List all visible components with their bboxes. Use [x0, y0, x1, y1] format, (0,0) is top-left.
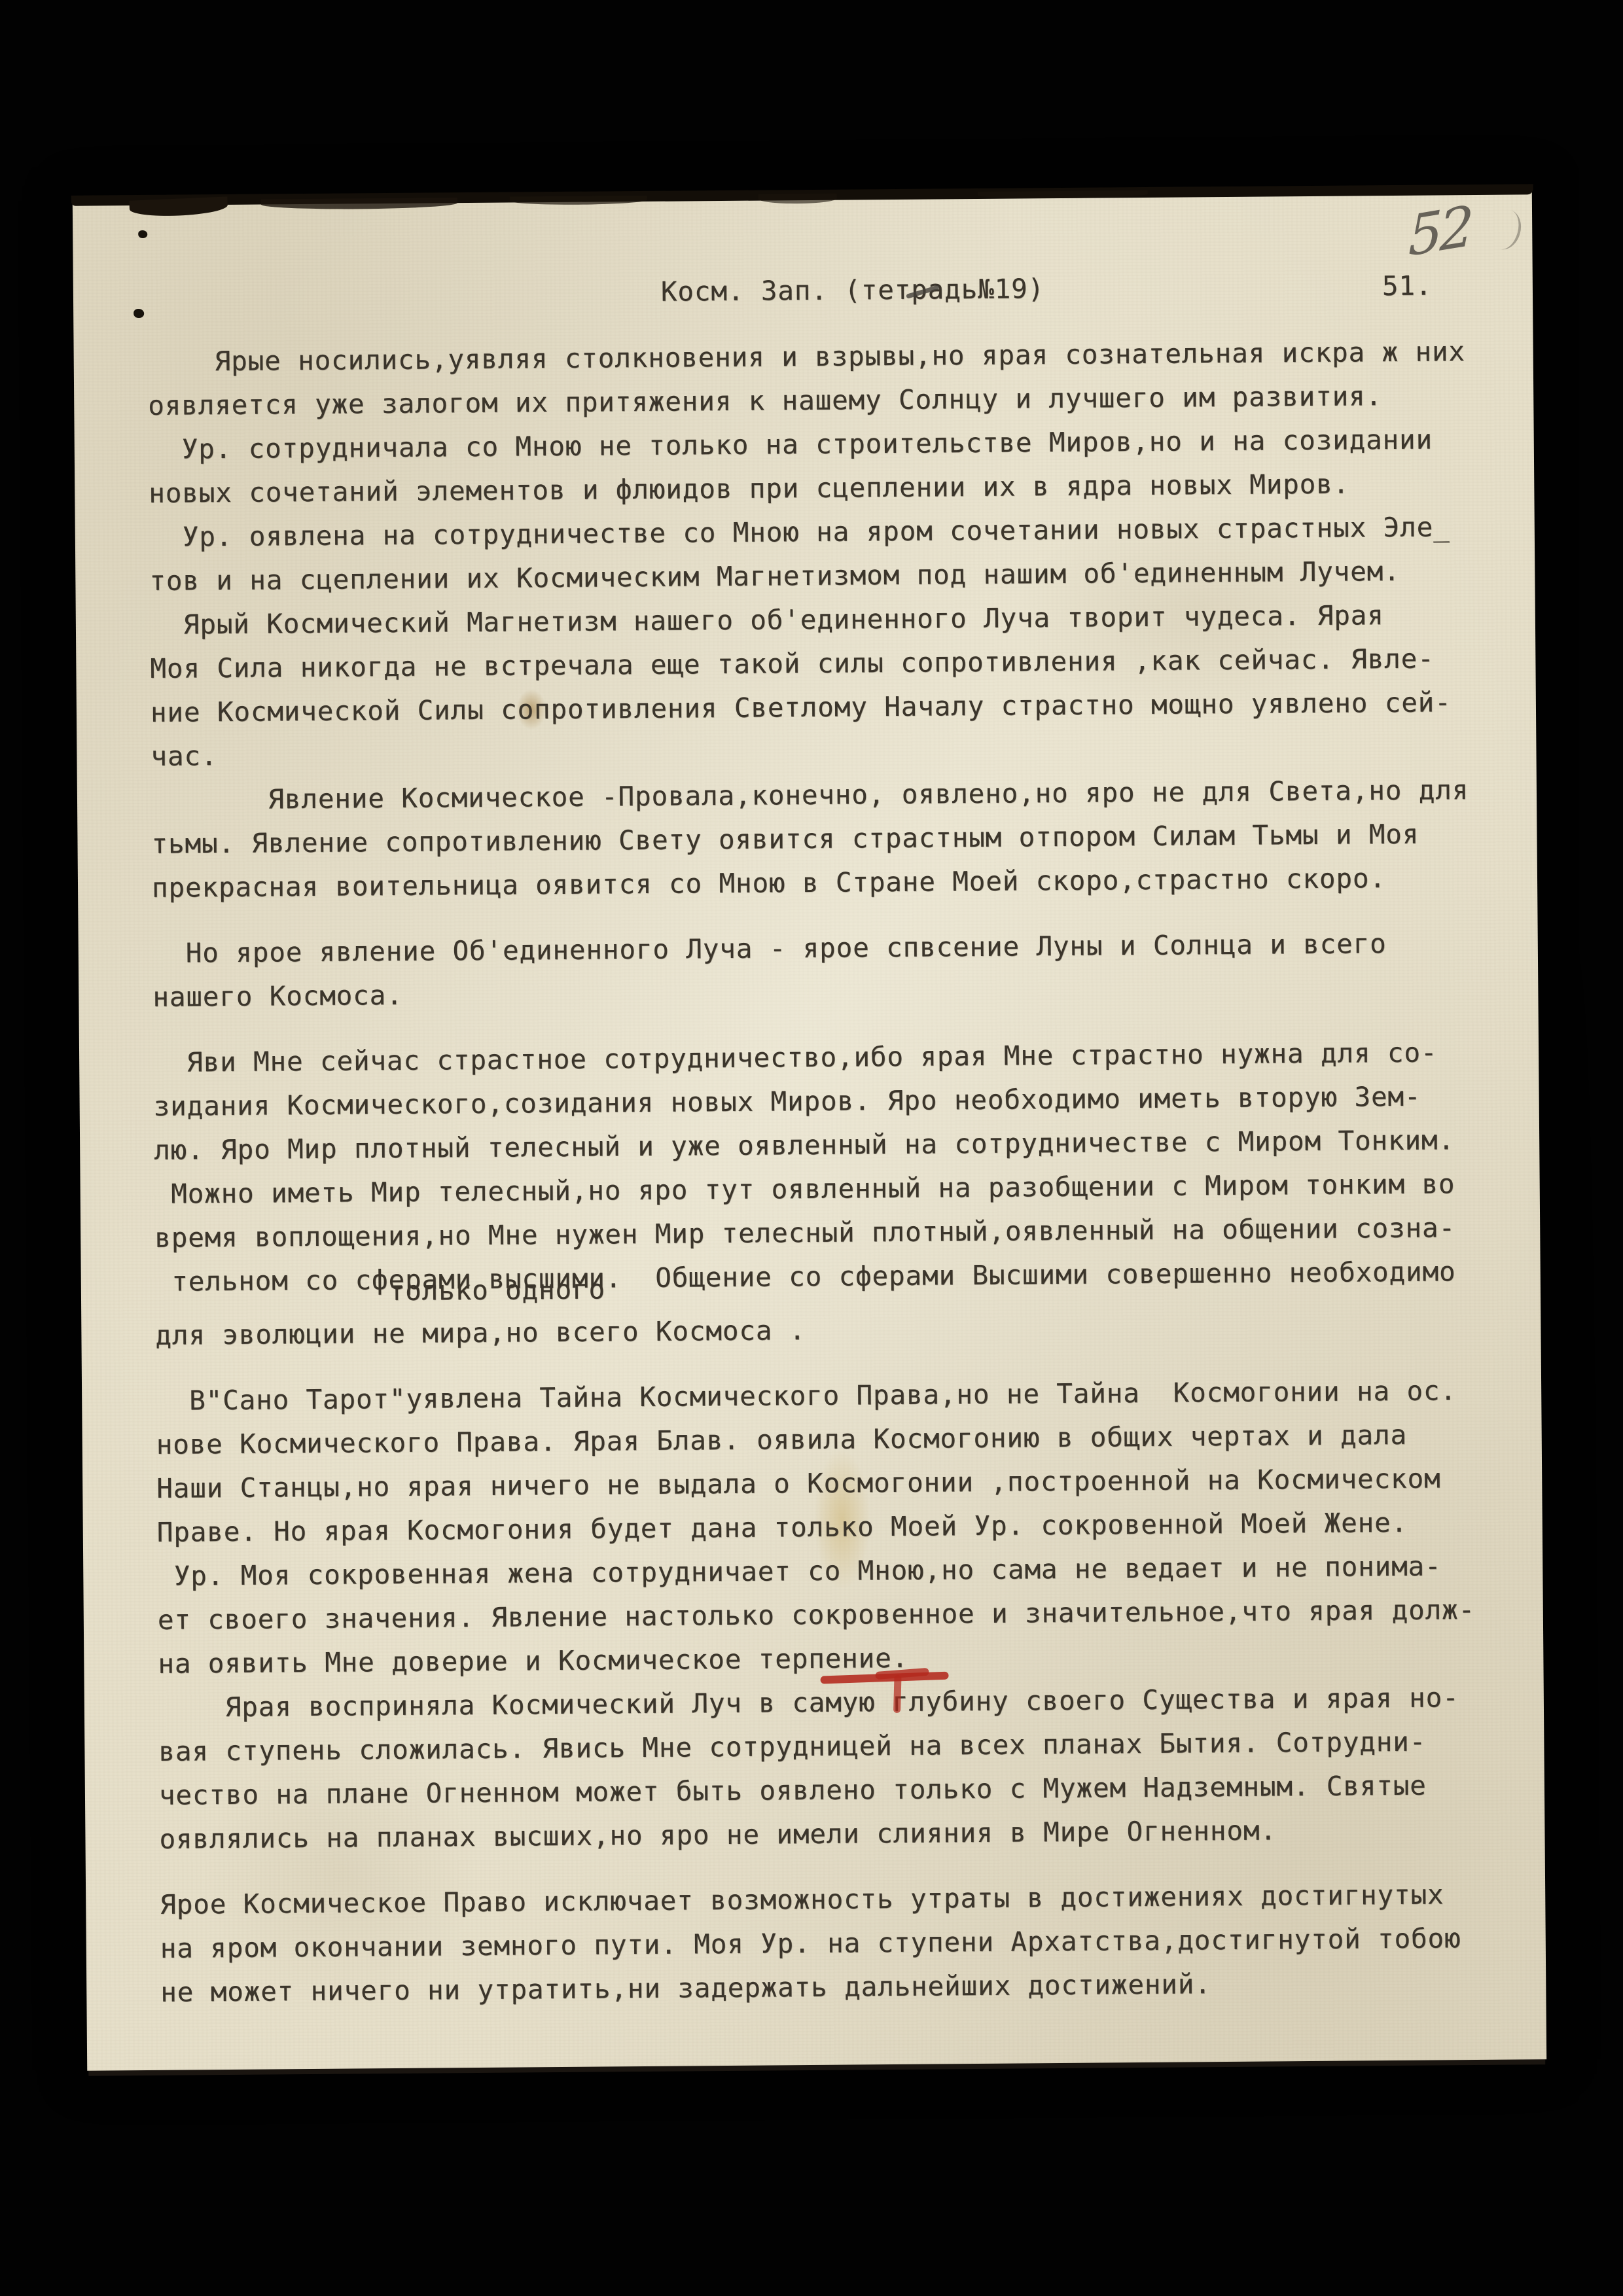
torn-edge-blob [510, 196, 647, 205]
document-page: 52 Косм. Зап. (тетрадь№19) 51. Ярые носи… [73, 189, 1546, 2070]
typed-line-text: время воплощения,но Мне нужен Мир телесн… [154, 1212, 1455, 1254]
typed-line-text: нове Космического Права. Ярая Блав. ояви… [156, 1419, 1408, 1460]
typed-line-text: тьмы. Явление сопротивлению Свету оявитс… [151, 819, 1419, 860]
typed-line-text: час. [151, 740, 217, 772]
typed-line-text: Но ярое явление Об'единенного Луча - яро… [152, 928, 1387, 969]
typed-line-text: только одного [155, 1273, 605, 1308]
typed-text: Ярые носились,уявляя столкновения и взры… [147, 329, 1541, 2014]
torn-edge-blob [130, 196, 228, 217]
typed-line-text: не может ничего ни утратить,ни задержать… [160, 1968, 1211, 2008]
typed-line-text: ет своего значения. Явление настолько со… [158, 1594, 1476, 1636]
handwritten-page-number: 52 [1408, 194, 1471, 269]
typed-line-text: нашего Космоса. [152, 980, 403, 1013]
typed-line-text: Ярое Космическое Право исключает возможн… [160, 1879, 1444, 1920]
typed-line-text: В"Сано Тарот"уявлена Тайна Космического … [156, 1375, 1457, 1417]
scan-background: { "document": { "handwritten_page_number… [0, 0, 1623, 2296]
typed-line-text: Ярая восприняла Космический Луч в самую … [158, 1682, 1459, 1723]
typed-line-text: Ур. оявлена на сотрудничестве со Мною на… [149, 511, 1450, 553]
typed-line-text: на яром окончании земного пути. Моя Ур. … [160, 1922, 1461, 1964]
typed-line-text: Можно иметь Мир телесный,но яро тут оявл… [154, 1168, 1455, 1210]
typed-line-text: тов и на сцеплении их Космическим Магнет… [149, 556, 1400, 597]
ink-speck [138, 230, 147, 238]
torn-edge-blob [261, 198, 457, 209]
typed-line-text: Наши Станцы,но ярая ничего не выдала о К… [156, 1462, 1441, 1504]
typed-line-text: для эволюции не мира,но всего Космоса . [155, 1315, 806, 1351]
typed-line-text: оявляется уже залогом их притяжения к на… [148, 380, 1382, 421]
typed-line-text: Моя Сила никогда не встречала еще такой … [150, 643, 1435, 684]
typed-line-text: оявлялись на планах высших,но яро не име… [159, 1814, 1277, 1854]
typed-line-text: лю. Яро Мир плотный телесный и уже оявле… [154, 1124, 1455, 1166]
typed-line-text: зидания Космического,созидания новых Мир… [153, 1081, 1421, 1122]
typed-line-text: на оявить Мне доверие и Космическое терп… [158, 1642, 908, 1680]
typed-line-text: Явление Космическое -Провала,конечно, оя… [151, 774, 1469, 816]
torn-edge-blob [978, 190, 1148, 199]
typed-line-text: Яви Мне сейчас страстное сотрудничество,… [153, 1036, 1438, 1078]
handwriting-curl-mark [1493, 208, 1525, 253]
typed-line-text: прекрасная воительница оявится со Мною в… [152, 862, 1386, 904]
typed-line-text: вая ступень сложилась. Явись Мне сотрудн… [158, 1726, 1426, 1767]
typed-line-text: ние Космической Силы сопротивления Светл… [151, 686, 1452, 728]
typed-line-text: новых сочетаний элементов и флюидов при … [149, 468, 1349, 508]
typed-line-text: Ур. сотрудничала со Мною не только на ст… [149, 423, 1433, 465]
header-title: Косм. Зап. (тетрадь№19) [661, 273, 1044, 308]
torn-edge-blob [758, 194, 837, 204]
red-pencil-stem-mark [893, 1675, 902, 1713]
typed-line-text: Ярые носились,уявляя столкновения и взры… [148, 336, 1466, 378]
typed-line-text: Ур. Моя сокровенная жена сотрудничает со… [157, 1550, 1442, 1591]
typed-line-text: чество на плане Огненном может быть оявл… [159, 1770, 1427, 1811]
typed-line-text: Праве. Но ярая Космогония будет дана тол… [157, 1507, 1408, 1548]
typed-line-text: Ярый Космический Магнетизм нашего об'еди… [150, 599, 1384, 641]
typed-page-number: 51. [1382, 270, 1433, 302]
torn-top-edge [71, 184, 1533, 206]
ink-speck [134, 309, 144, 318]
